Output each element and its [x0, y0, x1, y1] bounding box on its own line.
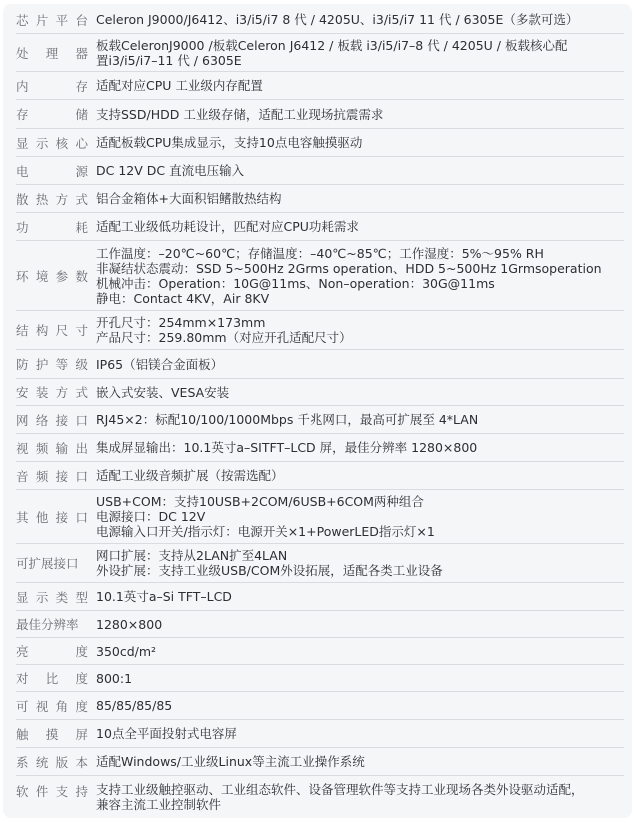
spec-value-line: 适配对应CPU 工业级内存配置 [96, 78, 624, 93]
spec-label: 软件支持 [16, 782, 96, 800]
spec-row: 存储支持SSD/HDD 工业级存储，适配工业现场抗震需求 [16, 100, 624, 129]
spec-value: DC 12V DC 直流电压输入 [96, 163, 624, 178]
spec-value: 1280×800 [96, 617, 624, 632]
spec-label: 最佳分辨率 [16, 615, 96, 633]
spec-label: 存储 [16, 105, 96, 123]
spec-value: 适配板载CPU集成显示，支持10点电容触摸驱动 [96, 135, 624, 150]
spec-row: 散热方式铝合金箱体+大面积铝鳍散热结构 [16, 185, 624, 213]
spec-label: 防护等级 [16, 355, 96, 373]
spec-row: 视频输出集成屏显输出：10.1英寸a–SITFT–LCD 屏，最佳分辨率 128… [16, 434, 624, 462]
spec-label: 安装方式 [16, 383, 96, 401]
spec-label: 显示核心 [16, 134, 96, 152]
spec-value-line: 铝合金箱体+大面积铝鳍散热结构 [96, 191, 624, 206]
spec-row: 芯片平台Celeron J9000/J6412、i3/i5/i7 8 代 / 4… [16, 6, 624, 34]
spec-value: 适配Windows/工业级Linux等主流工业操作系统 [96, 754, 624, 769]
spec-value-line: 置i3/i5/i7–11 代 / 6305E [96, 53, 624, 68]
spec-value: 适配工业级低功耗设计，匹配对应CPU功耗需求 [96, 219, 624, 234]
spec-value: 10点全平面投射式电容屏 [96, 726, 624, 741]
spec-value-line: 非凝结状态震动：SSD 5~500Hz 2Grms operation、HDD … [96, 261, 624, 276]
spec-value-line: 适配工业级低功耗设计，匹配对应CPU功耗需求 [96, 219, 624, 234]
spec-value-line: 产品尺寸：259.80mm（对应开孔适配尺寸） [96, 330, 624, 345]
spec-value: Celeron J9000/J6412、i3/i5/i7 8 代 / 4205U… [96, 12, 624, 27]
spec-value: 嵌入式安装、VESA安装 [96, 385, 624, 400]
spec-value: 板载CeleronJ9000 /板载Celeron J6412 / 板载 i3/… [96, 38, 624, 68]
spec-label: 环境参数 [16, 267, 96, 285]
spec-label: 可视角度 [16, 697, 96, 715]
spec-value: 网口扩展：支持从2LAN扩至4LAN外设扩展：支持工业级USB/COM外设拓展，… [96, 548, 624, 578]
spec-value-line: DC 12V DC 直流电压输入 [96, 163, 624, 178]
spec-row: 对比度800:1 [16, 665, 624, 692]
spec-value-line: 350cd/m² [96, 644, 624, 659]
spec-row: 可扩展接口网口扩展：支持从2LAN扩至4LAN外设扩展：支持工业级USB/COM… [16, 544, 624, 583]
spec-table: 芯片平台Celeron J9000/J6412、i3/i5/i7 8 代 / 4… [3, 4, 632, 818]
spec-value-line: 工作温度：–20℃~60℃；存储温度：–40℃~85℃；工作湿度：5%～95% … [96, 246, 624, 261]
spec-value: IP65（铝镁合金面板） [96, 357, 624, 372]
spec-label: 芯片平台 [16, 11, 96, 29]
spec-row: 安装方式嵌入式安装、VESA安装 [16, 379, 624, 406]
spec-row: 显示类型10.1英寸a–Si TFT–LCD [16, 583, 624, 611]
spec-value: 10.1英寸a–Si TFT–LCD [96, 589, 624, 604]
spec-row: 亮度350cd/m² [16, 638, 624, 665]
spec-label: 散热方式 [16, 190, 96, 208]
spec-label: 对比度 [16, 669, 96, 687]
spec-value-line: 1280×800 [96, 617, 624, 632]
spec-value-line: 800:1 [96, 671, 624, 686]
spec-label: 结构尺寸 [16, 321, 96, 339]
spec-value-line: 兼容主流工业控制软件 [96, 797, 624, 812]
spec-value-line: 10点全平面投射式电容屏 [96, 726, 624, 741]
spec-value-line: 支持SSD/HDD 工业级存储，适配工业现场抗震需求 [96, 107, 624, 122]
spec-label: 处理器 [16, 44, 96, 62]
spec-value: 支持SSD/HDD 工业级存储，适配工业现场抗震需求 [96, 107, 624, 122]
spec-value: 集成屏显输出：10.1英寸a–SITFT–LCD 屏，最佳分辨率 1280×80… [96, 440, 624, 455]
spec-value: 工作温度：–20℃~60℃；存储温度：–40℃~85℃；工作湿度：5%～95% … [96, 246, 624, 306]
spec-value-line: 电源输入口开关/指示灯：电源开关×1+PowerLED指示灯×1 [96, 524, 624, 539]
spec-value-line: 外设扩展：支持工业级USB/COM外设拓展，适配各类工业设备 [96, 563, 624, 578]
spec-label: 功耗 [16, 218, 96, 236]
spec-row: 最佳分辨率1280×800 [16, 611, 624, 638]
spec-value-line: 适配工业级音频扩展（按需选配） [96, 468, 624, 483]
spec-row: 处理器板载CeleronJ9000 /板载Celeron J6412 / 板载 … [16, 34, 624, 72]
spec-value-line: 85/85/85/85 [96, 698, 624, 713]
spec-value-line: 集成屏显输出：10.1英寸a–SITFT–LCD 屏，最佳分辨率 1280×80… [96, 440, 624, 455]
spec-value-line: Celeron J9000/J6412、i3/i5/i7 8 代 / 4205U… [96, 12, 624, 27]
spec-value: 800:1 [96, 671, 624, 686]
spec-value-line: 板载CeleronJ9000 /板载Celeron J6412 / 板载 i3/… [96, 38, 624, 53]
spec-value: RJ45×2：标配10/100/1000Mbps 千兆网口，最高可扩展至 4*L… [96, 412, 624, 427]
spec-row: 防护等级IP65（铝镁合金面板） [16, 350, 624, 379]
spec-row: 结构尺寸开孔尺寸：254mm×173mm产品尺寸：259.80mm（对应开孔适配… [16, 311, 624, 350]
spec-value: 支持工业级触控驱动、工业组态软件、设备管理软件等支持工业现场各类外设驱动适配，兼… [96, 782, 624, 812]
spec-value: 350cd/m² [96, 644, 624, 659]
spec-row: 触摸屏10点全平面投射式电容屏 [16, 720, 624, 748]
spec-value-line: 10.1英寸a–Si TFT–LCD [96, 589, 624, 604]
spec-label: 显示类型 [16, 588, 96, 606]
spec-value-line: 网口扩展：支持从2LAN扩至4LAN [96, 548, 624, 563]
spec-label: 视频输出 [16, 439, 96, 457]
spec-row: 软件支持支持工业级触控驱动、工业组态软件、设备管理软件等支持工业现场各类外设驱动… [16, 776, 624, 822]
spec-row: 音频接口适配工业级音频扩展（按需选配） [16, 462, 624, 490]
spec-value-line: 机械冲击：Operation：10G@11ms、Non–operation：30… [96, 276, 624, 291]
spec-value-line: 适配板载CPU集成显示，支持10点电容触摸驱动 [96, 135, 624, 150]
spec-row: 可视角度85/85/85/85 [16, 692, 624, 720]
spec-value-line: 电源接口：DC 12V [96, 509, 624, 524]
spec-label: 其他接口 [16, 508, 96, 526]
spec-value-line: 嵌入式安装、VESA安装 [96, 385, 624, 400]
spec-value-line: 支持工业级触控驱动、工业组态软件、设备管理软件等支持工业现场各类外设驱动适配， [96, 782, 624, 797]
spec-label: 内存 [16, 77, 96, 95]
spec-row: 显示核心适配板载CPU集成显示，支持10点电容触摸驱动 [16, 129, 624, 157]
spec-value: 适配对应CPU 工业级内存配置 [96, 78, 624, 93]
spec-value: USB+COM：支持10USB+2COM/6USB+6COM两种组合电源接口：D… [96, 494, 624, 539]
spec-value: 铝合金箱体+大面积铝鳍散热结构 [96, 191, 624, 206]
spec-row: 环境参数工作温度：–20℃~60℃；存储温度：–40℃~85℃；工作湿度：5%～… [16, 241, 624, 311]
spec-value: 开孔尺寸：254mm×173mm产品尺寸：259.80mm（对应开孔适配尺寸） [96, 315, 624, 345]
spec-label: 亮度 [16, 642, 96, 660]
spec-row: 内存适配对应CPU 工业级内存配置 [16, 72, 624, 100]
spec-row: 其他接口USB+COM：支持10USB+2COM/6USB+6COM两种组合电源… [16, 490, 624, 544]
spec-label: 可扩展接口 [16, 554, 96, 572]
spec-label: 触摸屏 [16, 725, 96, 743]
spec-row: 电源DC 12V DC 直流电压输入 [16, 157, 624, 185]
spec-label: 网络接口 [16, 411, 96, 429]
spec-value-line: USB+COM：支持10USB+2COM/6USB+6COM两种组合 [96, 494, 624, 509]
spec-value-line: 开孔尺寸：254mm×173mm [96, 315, 624, 330]
spec-value: 适配工业级音频扩展（按需选配） [96, 468, 624, 483]
spec-row: 系统版本适配Windows/工业级Linux等主流工业操作系统 [16, 748, 624, 776]
spec-value-line: IP65（铝镁合金面板） [96, 357, 624, 372]
spec-label: 音频接口 [16, 467, 96, 485]
spec-label: 电源 [16, 162, 96, 180]
spec-value-line: RJ45×2：标配10/100/1000Mbps 千兆网口，最高可扩展至 4*L… [96, 412, 624, 427]
spec-label: 系统版本 [16, 753, 96, 771]
spec-value: 85/85/85/85 [96, 698, 624, 713]
spec-row: 功耗适配工业级低功耗设计，匹配对应CPU功耗需求 [16, 213, 624, 241]
spec-row: 网络接口RJ45×2：标配10/100/1000Mbps 千兆网口，最高可扩展至… [16, 406, 624, 434]
spec-value-line: 适配Windows/工业级Linux等主流工业操作系统 [96, 754, 624, 769]
spec-value-line: 静电：Contact 4KV，Air 8KV [96, 291, 624, 306]
